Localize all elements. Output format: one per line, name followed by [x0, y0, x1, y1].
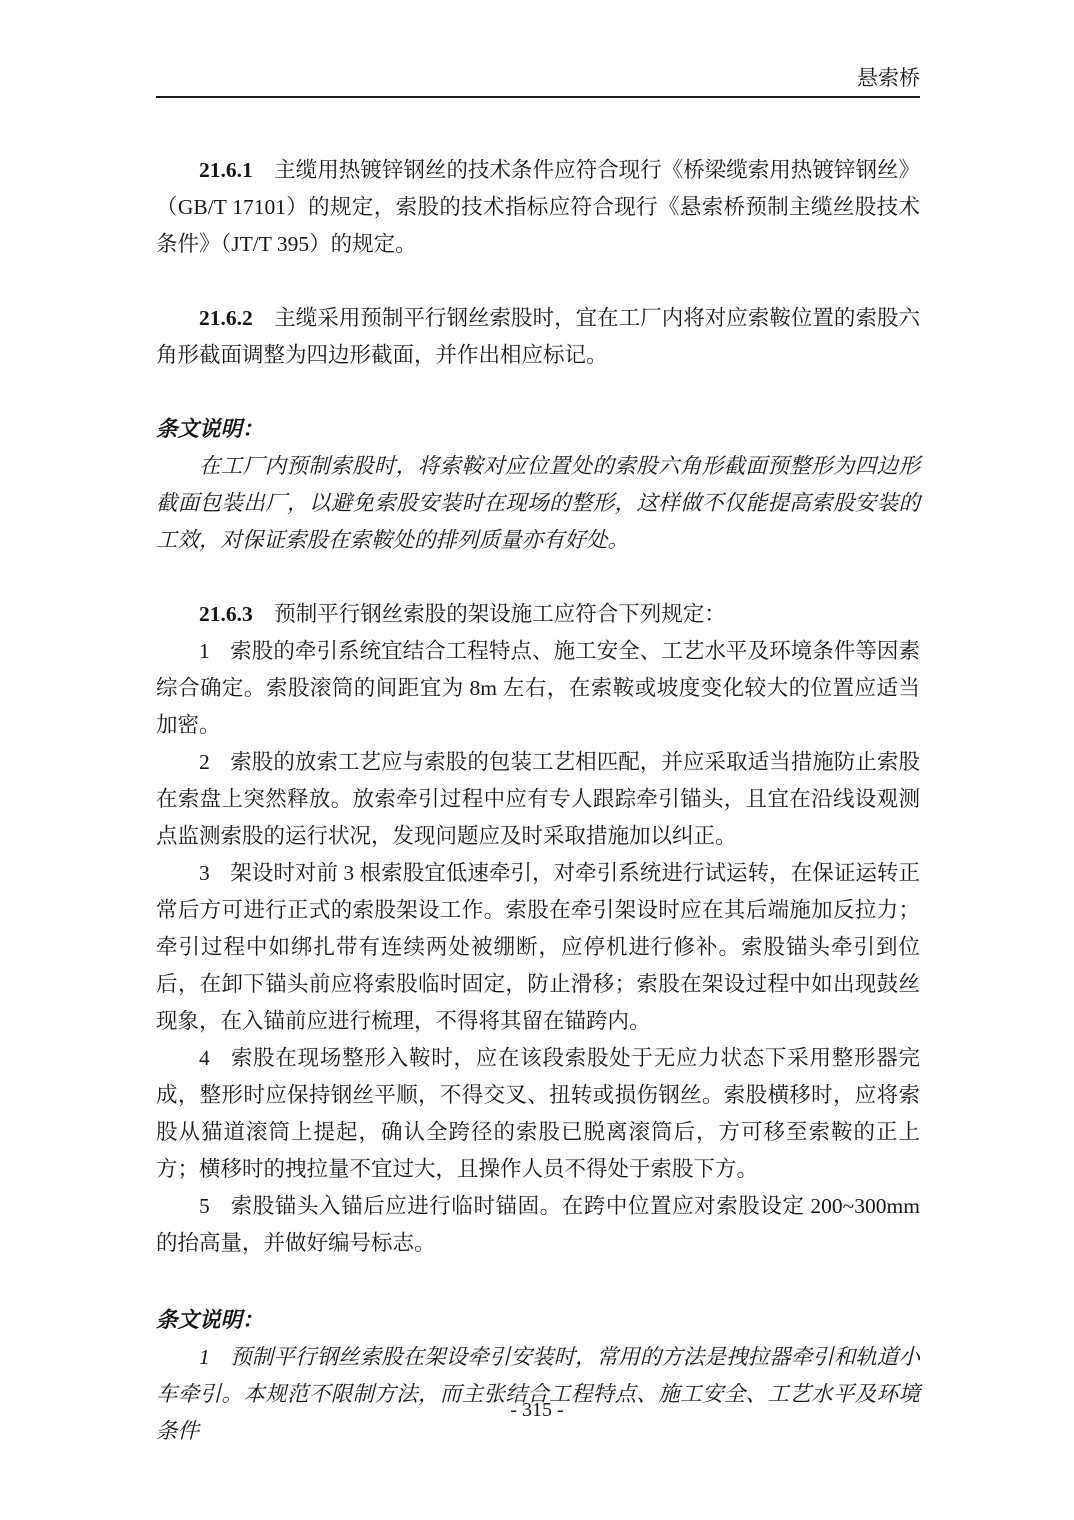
clause-21-6-3-item-5: 5索股锚头入锚后应进行临时锚固。在跨中位置应对索股设定 200~300mm 的抬… — [156, 1188, 920, 1262]
item-number: 1 — [199, 1345, 210, 1369]
item-number: 5 — [199, 1194, 210, 1218]
note2-item-1: 1预制平行钢丝索股在架设牵引安装时，常用的方法是拽拉器牵引和轨道小车牵引。本规范… — [156, 1339, 920, 1450]
item-number: 4 — [199, 1046, 210, 1070]
item-text: 索股在现场整形入鞍时，应在该段索股处于无应力状态下采用整形器完成，整形时应保持钢… — [156, 1046, 920, 1181]
note1-heading: 条文说明： — [156, 411, 920, 448]
item-text: 架设时对前 3 根索股宜低速牵引，对牵引系统进行试运转，在保证运转正常后方可进行… — [156, 861, 920, 1033]
clause-number: 21.6.2 — [199, 306, 253, 330]
clause-21-6-1: 21.6.1主缆用热镀锌钢丝的技术条件应符合现行《桥梁缆索用热镀锌钢丝》（GB/… — [156, 152, 920, 263]
clause-21-6-3-item-3: 3架设时对前 3 根索股宜低速牵引，对牵引系统进行试运转，在保证运转正常后方可进… — [156, 855, 920, 1040]
document-page: 悬索桥 21.6.1主缆用热镀锌钢丝的技术条件应符合现行《桥梁缆索用热镀锌钢丝》… — [0, 0, 1074, 1520]
clause-text: 预制平行钢丝索股的架设施工应符合下列规定： — [274, 602, 726, 626]
clause-number: 21.6.3 — [199, 602, 253, 626]
page-number: - 315 - — [510, 1399, 563, 1421]
item-number: 3 — [199, 861, 210, 885]
clause-21-6-2: 21.6.2主缆采用预制平行钢丝索股时，宜在工厂内将对应索鞍位置的索股六角形截面… — [156, 300, 920, 374]
note1-body: 在工厂内预制索股时，将索鞍对应位置处的索股六角形截面预整形为四边形截面包装出厂，… — [156, 448, 920, 559]
item-text: 索股锚头入锚后应进行临时锚固。在跨中位置应对索股设定 200~300mm 的抬高… — [156, 1194, 920, 1255]
document-content: 21.6.1主缆用热镀锌钢丝的技术条件应符合现行《桥梁缆索用热镀锌钢丝》（GB/… — [156, 98, 920, 1450]
running-head-title: 悬索桥 — [857, 66, 920, 90]
clause-text: 主缆采用预制平行钢丝索股时，宜在工厂内将对应索鞍位置的索股六角形截面调整为四边形… — [156, 306, 920, 367]
clause-21-6-3-item-2: 2索股的放索工艺应与索股的包装工艺相匹配，并应采取适当措施防止索股在索盘上突然释… — [156, 744, 920, 855]
note2-heading: 条文说明： — [156, 1302, 920, 1339]
clause-number: 21.6.1 — [199, 158, 253, 182]
item-text: 索股的放索工艺应与索股的包装工艺相匹配，并应采取适当措施防止索股在索盘上突然释放… — [156, 750, 920, 848]
page-header: 悬索桥 — [156, 0, 920, 92]
clause-21-6-3: 21.6.3预制平行钢丝索股的架设施工应符合下列规定： — [156, 596, 920, 633]
page-footer: - 315 - — [0, 1396, 1074, 1424]
item-number: 1 — [199, 639, 210, 663]
clause-text: 主缆用热镀锌钢丝的技术条件应符合现行《桥梁缆索用热镀锌钢丝》（GB/T 1710… — [156, 158, 920, 256]
clause-21-6-3-item-1: 1索股的牵引系统宜结合工程特点、施工安全、工艺水平及环境条件等因素综合确定。索股… — [156, 633, 920, 744]
item-text: 预制平行钢丝索股在架设牵引安装时，常用的方法是拽拉器牵引和轨道小车牵引。本规范不… — [156, 1345, 920, 1443]
clause-21-6-3-item-4: 4索股在现场整形入鞍时，应在该段索股处于无应力状态下采用整形器完成，整形时应保持… — [156, 1040, 920, 1188]
item-number: 2 — [199, 750, 210, 774]
item-text: 索股的牵引系统宜结合工程特点、施工安全、工艺水平及环境条件等因素综合确定。索股滚… — [156, 639, 920, 737]
